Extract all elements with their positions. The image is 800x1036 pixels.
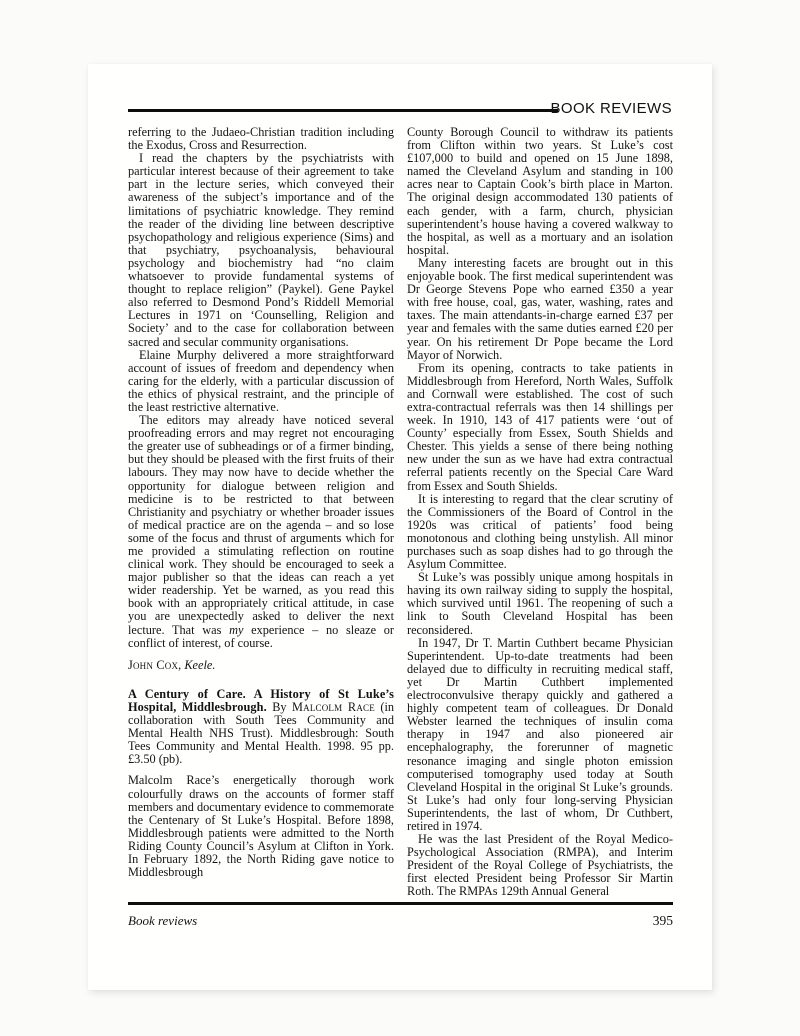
paragraph-text: The editors may already have noticed sev… <box>128 413 394 637</box>
page-footer: Book reviews 395 <box>128 913 673 929</box>
book-author: Malcolm Race <box>292 700 375 714</box>
paragraph: From its opening, contracts to take pati… <box>407 362 673 493</box>
paragraph: Elaine Murphy delivered a more straightf… <box>128 349 394 414</box>
scan-canvas: BOOK REVIEWS referring to the Judaeo-Chr… <box>0 0 800 1036</box>
right-column: County Borough Council to withdraw its p… <box>407 126 673 900</box>
reviewer-affiliation: Keele. <box>184 658 215 672</box>
text-columns: referring to the Judaeo-Christian tradit… <box>128 126 673 900</box>
left-column: referring to the Judaeo-Christian tradit… <box>128 126 394 900</box>
byline-prefix: By <box>267 700 292 714</box>
paragraph: I read the chapters by the psychiatrists… <box>128 152 394 348</box>
paragraph-continuation: County Borough Council to withdraw its p… <box>407 126 673 257</box>
reviewer-name: John Cox <box>128 658 178 672</box>
paragraph: St Luke’s was possibly unique among hosp… <box>407 571 673 636</box>
reviewer-signature: John Cox, Keele. <box>128 659 394 672</box>
paragraph: Many interesting facets are brought out … <box>407 257 673 362</box>
journal-page: BOOK REVIEWS referring to the Judaeo-Chr… <box>88 64 712 990</box>
paragraph: He was the last President of the Royal M… <box>407 833 673 898</box>
paragraph: The editors may already have noticed sev… <box>128 414 394 650</box>
book-review-heading: A Century of Care. A History of St Luke’… <box>128 688 394 767</box>
footer-rule <box>128 902 673 905</box>
paragraph: Malcolm Race’s energetically thorough wo… <box>128 774 394 879</box>
paragraph: It is interesting to regard that the cle… <box>407 493 673 572</box>
emphasis-word: my <box>229 623 243 637</box>
footer-section-label: Book reviews <box>128 913 197 929</box>
running-head: BOOK REVIEWS <box>551 100 673 117</box>
paragraph: In 1947, Dr T. Martin Cuthbert became Ph… <box>407 637 673 833</box>
header-rule <box>128 109 558 112</box>
page-number: 395 <box>653 913 673 929</box>
paragraph-continuation: referring to the Judaeo-Christian tradit… <box>128 126 394 152</box>
